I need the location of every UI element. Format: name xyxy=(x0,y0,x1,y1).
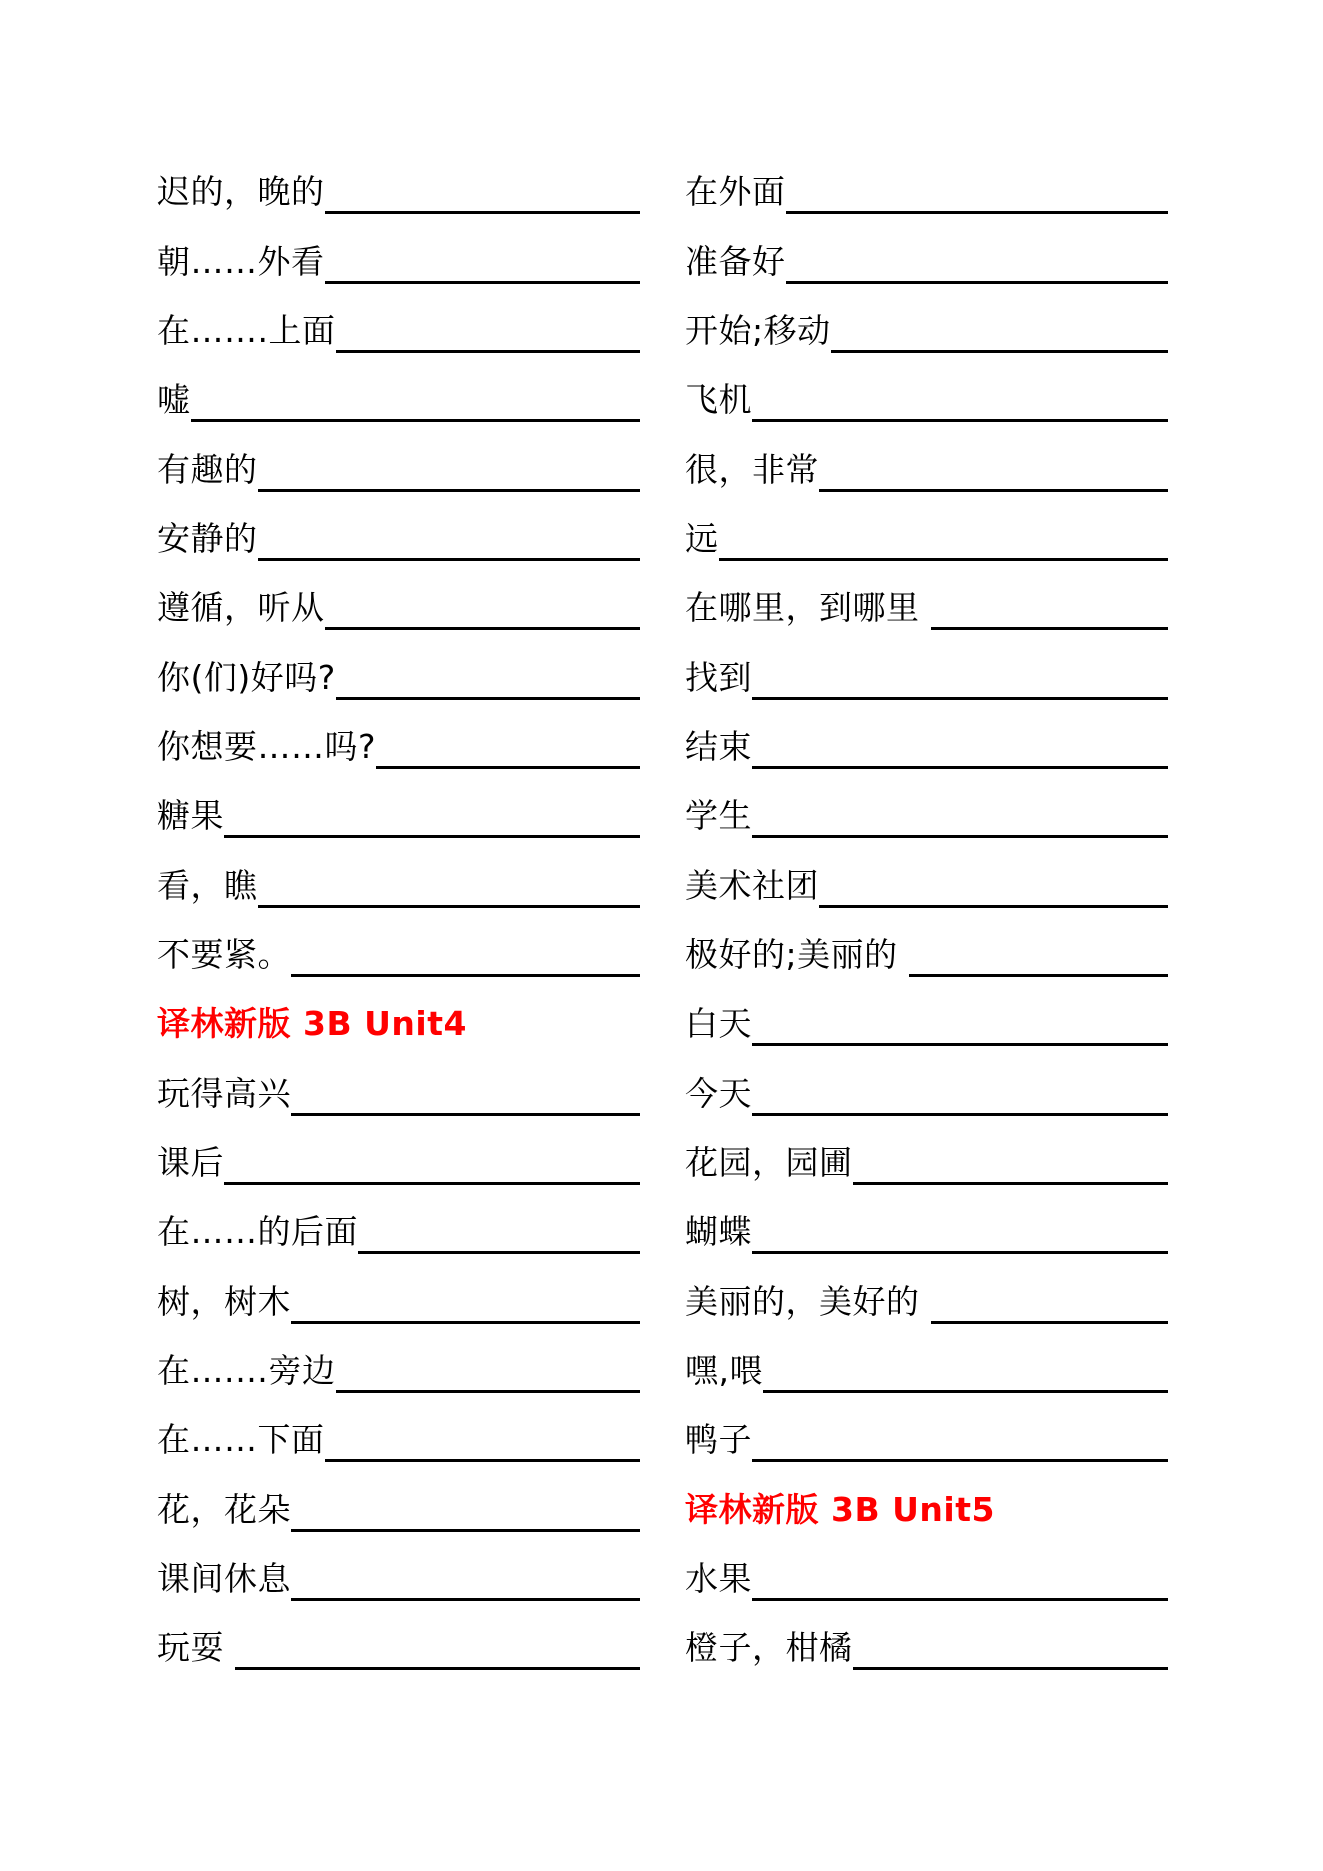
vocab-term-chinese: 不要紧。 xyxy=(157,938,291,977)
vocab-row: 在…….上面 xyxy=(157,284,640,353)
vocab-term-chinese: 在….…旁边 xyxy=(157,1354,336,1393)
vocab-term-chinese: 你想要……吗? xyxy=(157,730,376,769)
answer-blank-line xyxy=(235,1667,640,1670)
vocab-term-chinese: 准备好 xyxy=(685,245,786,284)
vocab-term-chinese: 糖果 xyxy=(157,799,224,838)
vocab-row: 学生 xyxy=(685,769,1168,838)
vocab-row: 朝……外看 xyxy=(157,214,640,283)
vocab-row: 远 xyxy=(685,492,1168,561)
vocab-row: 在….…旁边 xyxy=(157,1324,640,1393)
vocab-term-chinese: 在哪里，到哪里 xyxy=(685,591,931,630)
vocab-row: 玩耍 xyxy=(157,1601,640,1670)
vocab-term-chinese: 橙子，柑橘 xyxy=(685,1631,853,1670)
vocab-row: 安静的 xyxy=(157,492,640,561)
vocab-row: 开始;移动 xyxy=(685,284,1168,353)
vocab-term-chinese: 嘘 xyxy=(157,383,191,422)
vocab-row: 飞机 xyxy=(685,353,1168,422)
worksheet-page: 迟的，晚的 朝……外看 在…….上面 嘘 有趣的 安静的 遵循，听从 你(们)好… xyxy=(0,0,1323,1871)
vocab-term-chinese: 在……的后面 xyxy=(157,1215,358,1254)
vocab-row: 花园，园圃 xyxy=(685,1116,1168,1185)
vocab-row: 遵循，听从 xyxy=(157,561,640,630)
vocab-term-chinese: 嘿,喂 xyxy=(685,1354,763,1393)
vocab-row: 水果 xyxy=(685,1532,1168,1601)
vocab-term-chinese: 课后 xyxy=(157,1146,224,1185)
vocab-row: 嘿,喂 xyxy=(685,1324,1168,1393)
vocab-term-chinese: 美丽的，美好的 xyxy=(685,1285,931,1324)
vocab-term-chinese: 有趣的 xyxy=(157,453,258,492)
unit-header-title: 译林新版 3B Unit4 xyxy=(157,1007,467,1046)
vocab-term-chinese: 遵循，听从 xyxy=(157,591,325,630)
vocab-row: 白天 xyxy=(685,977,1168,1046)
vocab-term-chinese: 水果 xyxy=(685,1562,752,1601)
vocab-row: 有趣的 xyxy=(157,422,640,491)
vocab-row: 极好的;美丽的 xyxy=(685,908,1168,977)
vocab-row: 美术社团 xyxy=(685,838,1168,907)
vocab-term-chinese: 在外面 xyxy=(685,175,786,214)
vocab-row: 树，树木 xyxy=(157,1254,640,1323)
vocab-row: 在……下面 xyxy=(157,1393,640,1462)
right-column: 在外面 准备好 开始;移动 飞机 很，非常 远 在哪里，到哪里 找到 结束 学生 xyxy=(685,145,1168,1670)
answer-blank-line xyxy=(853,1667,1169,1670)
left-column: 迟的，晚的 朝……外看 在…….上面 嘘 有趣的 安静的 遵循，听从 你(们)好… xyxy=(157,145,640,1670)
vocab-row: 嘘 xyxy=(157,353,640,422)
vocab-term-chinese: 结束 xyxy=(685,730,752,769)
vocab-term-chinese: 白天 xyxy=(685,1007,752,1046)
vocab-term-chinese: 美术社团 xyxy=(685,869,819,908)
vocab-row: 糖果 xyxy=(157,769,640,838)
vocab-row: 在哪里，到哪里 xyxy=(685,561,1168,630)
vocab-row: 花，花朵 xyxy=(157,1462,640,1531)
vocab-row: 很，非常 xyxy=(685,422,1168,491)
vocab-term-chinese: 鸭子 xyxy=(685,1423,752,1462)
vocab-term-chinese: 安静的 xyxy=(157,522,258,561)
vocab-term-chinese: 很，非常 xyxy=(685,453,819,492)
vocab-row: 你想要……吗? xyxy=(157,700,640,769)
vocab-term-chinese: 玩得高兴 xyxy=(157,1077,291,1116)
vocab-row: 结束 xyxy=(685,700,1168,769)
vocab-row: 蝴蝶 xyxy=(685,1185,1168,1254)
vocab-term-chinese: 树，树木 xyxy=(157,1285,291,1324)
worksheet-columns: 迟的，晚的 朝……外看 在…….上面 嘘 有趣的 安静的 遵循，听从 你(们)好… xyxy=(157,145,1168,1670)
vocab-term-chinese: 今天 xyxy=(685,1077,752,1116)
vocab-term-chinese: 在……下面 xyxy=(157,1423,325,1462)
vocab-term-chinese: 在…….上面 xyxy=(157,314,336,353)
vocab-row: 迟的，晚的 xyxy=(157,145,640,214)
vocab-term-chinese: 迟的，晚的 xyxy=(157,175,325,214)
vocab-row: 美丽的，美好的 xyxy=(685,1254,1168,1323)
vocab-row: 橙子，柑橘 xyxy=(685,1601,1168,1670)
vocab-term-chinese: 极好的;美丽的 xyxy=(685,938,909,977)
vocab-term-chinese: 你(们)好吗? xyxy=(157,661,336,700)
vocab-term-chinese: 花，花朵 xyxy=(157,1493,291,1532)
vocab-row: 在外面 xyxy=(685,145,1168,214)
unit-header-title: 译林新版 3B Unit5 xyxy=(685,1493,995,1532)
vocab-row: 课后 xyxy=(157,1116,640,1185)
vocab-row: 找到 xyxy=(685,630,1168,699)
vocab-term-chinese: 课间休息 xyxy=(157,1562,291,1601)
vocab-row: 鸭子 xyxy=(685,1393,1168,1462)
vocab-term-chinese: 看，瞧 xyxy=(157,869,258,908)
vocab-term-chinese: 蝴蝶 xyxy=(685,1215,752,1254)
vocab-term-chinese: 找到 xyxy=(685,661,752,700)
vocab-row: 玩得高兴 xyxy=(157,1046,640,1115)
vocab-term-chinese: 飞机 xyxy=(685,383,752,422)
vocab-row: 不要紧。 xyxy=(157,908,640,977)
vocab-term-chinese: 学生 xyxy=(685,799,752,838)
unit-header-row: 译林新版 3B Unit4 xyxy=(157,977,640,1046)
vocab-row: 今天 xyxy=(685,1046,1168,1115)
vocab-term-chinese: 玩耍 xyxy=(157,1631,235,1670)
vocab-term-chinese: 远 xyxy=(685,522,719,561)
vocab-row: 看，瞧 xyxy=(157,838,640,907)
vocab-term-chinese: 开始;移动 xyxy=(685,314,831,353)
vocab-row: 在……的后面 xyxy=(157,1185,640,1254)
vocab-row: 课间休息 xyxy=(157,1532,640,1601)
unit-header-row: 译林新版 3B Unit5 xyxy=(685,1462,1168,1531)
vocab-row: 准备好 xyxy=(685,214,1168,283)
vocab-term-chinese: 花园，园圃 xyxy=(685,1146,853,1185)
vocab-term-chinese: 朝……外看 xyxy=(157,245,325,284)
vocab-row: 你(们)好吗? xyxy=(157,630,640,699)
